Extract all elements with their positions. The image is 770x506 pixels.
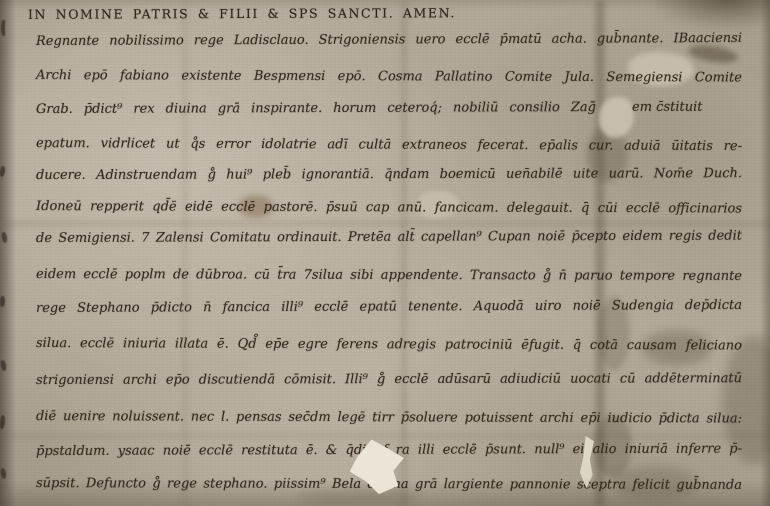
- invocation-line: IN NOMINE PATRIS & FILII & SPS SANCTI. A…: [28, 5, 456, 21]
- stain-top-right-corner: [648, 0, 770, 30]
- horizontal-crease-mid: [0, 219, 770, 228]
- charter-line-1: Regnante nobilissimo rege Ladisclauo. St…: [36, 31, 742, 49]
- horizontal-crease-low: [0, 432, 770, 440]
- charter-line-3-after-tear: em c̄stituit: [632, 100, 703, 115]
- manuscript-photo: IN NOMINE PATRIS & FILII & SPS SANCTI. A…: [0, 0, 770, 506]
- edge-letter-fragment: [0, 360, 7, 372]
- edge-letter-fragment: [1, 20, 5, 36]
- charter-line-7: de Semigiensi. 7 Zalensi Comitatu ordina…: [36, 229, 742, 246]
- charter-line-10: silua. ecclē iniuria illata ē. Qd̊ ep̄e …: [36, 336, 742, 353]
- charter-line-9: rege Stephano p̄dicto n̄ fancica illi⁹ e…: [36, 298, 742, 316]
- charter-line-2: Archi epō fabiano existente Bespmensi ep…: [36, 68, 742, 85]
- edge-letter-fragment: [0, 296, 6, 307]
- charter-line-6: Idoneū repperit qd̄ē eidē ecclē pastorē.…: [36, 199, 742, 216]
- charter-line-12: diē uenire noluissent. nec l. pensas sec…: [36, 409, 742, 426]
- charter-line-3: Grab. p̄dict⁹ rex diuina grā inspirante.…: [36, 100, 742, 117]
- stain-bottom-center: [296, 490, 420, 506]
- charter-line-3-before-tear: Grab. p̄dict⁹ rex diuina grā inspirante.…: [36, 100, 596, 117]
- edge-letter-fragment: [0, 166, 6, 178]
- charter-line-4: epatum. vidrlicet ut q̊s error idolatrie…: [36, 136, 742, 154]
- charter-line-5: ducere. Adinstruendam g̊ hui⁹ pleb̄ igno…: [36, 166, 742, 183]
- charter-line-8: eidem ecclē poplm de dūbroa. cū t̄ra 7si…: [36, 267, 742, 284]
- charter-line-14: sūpsit. Defuncto g̊ rege stephano. piiss…: [36, 476, 742, 493]
- edge-letter-fragment: [0, 468, 6, 479]
- charter-line-13: p̄pstaldum. ysaac noiē ecclē restituta ē…: [36, 442, 742, 459]
- left-edge-shadow: [0, 0, 16, 506]
- charter-line-11: strigoniensi archi ep̄o discutiendā cōmi…: [36, 371, 742, 388]
- edge-letter-fragment: [0, 415, 6, 430]
- edge-letter-fragment: [1, 232, 7, 244]
- right-edge-shadow: [760, 0, 770, 506]
